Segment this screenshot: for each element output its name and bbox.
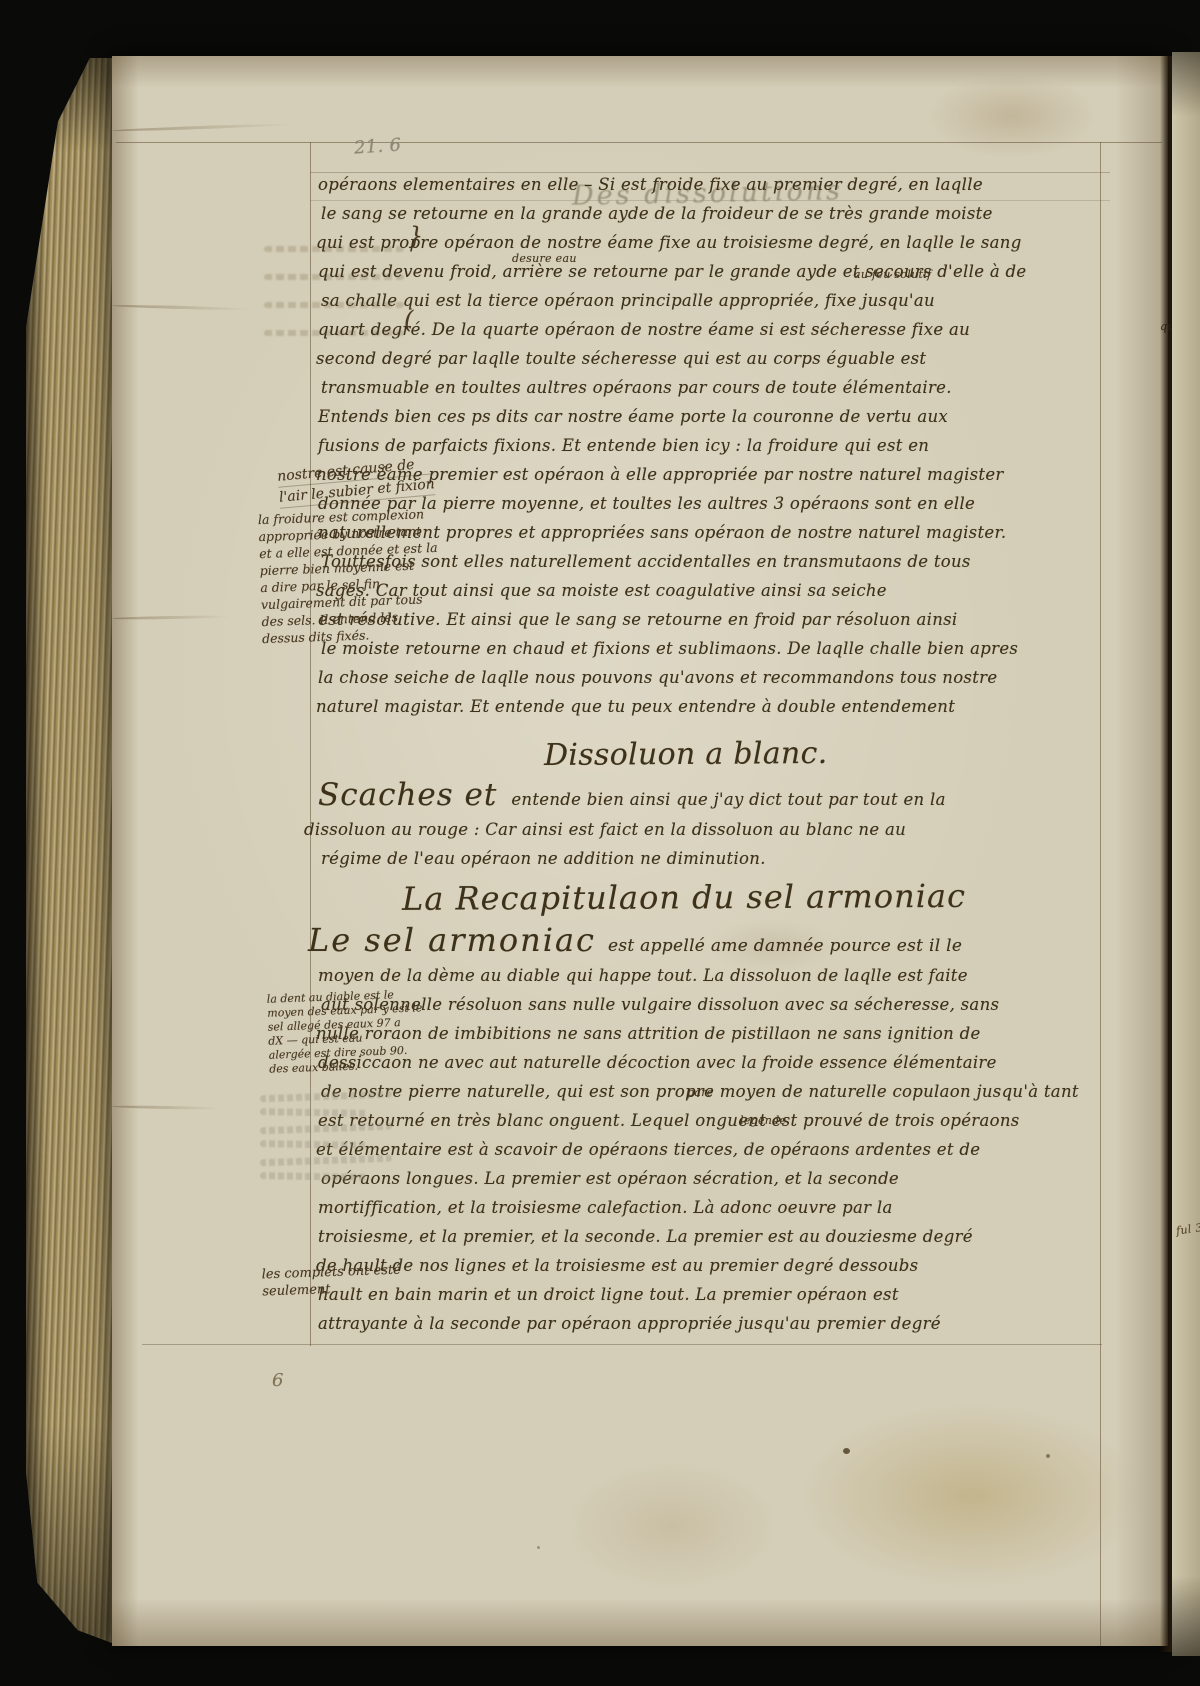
manuscript-line: fusions de parfaicts fixions. Et entende…: [318, 431, 1104, 460]
paragraph-rouge-blanc: dissoluon au rouge : Car ainsi est faict…: [318, 815, 1104, 873]
manuscript-line: second degré par laqlle toulte sécheress…: [316, 344, 1104, 373]
interlinear-note: desure eau: [512, 252, 577, 265]
interlinear-note: pare: [687, 1086, 714, 1099]
scaches-rest: entende bien ainsi que j'ay dict tout pa…: [511, 790, 945, 809]
scaches-line: Scaches etentende bien ainsi que j'ay di…: [318, 775, 1104, 815]
interlinear-note: au feu solutif: [854, 268, 931, 281]
paragraph-sel-armoniac: moyen de la dème au diable qui happe tou…: [318, 961, 1104, 1338]
pencil-scribble-line: [260, 1155, 392, 1167]
manuscript-line: qui est propre opéraon de nostre éame fi…: [316, 228, 1104, 257]
scaches-lead-words: Scaches et: [318, 777, 497, 813]
manuscript-line: moyen de la dème au diable qui happe tou…: [318, 961, 1104, 990]
interlinear-note: legende: [740, 1114, 786, 1127]
pencil-scribble-line: [260, 1140, 368, 1149]
pencil-scribbles: [260, 1084, 410, 1189]
manuscript-line: nulle roraon de imbibitions ne sans attr…: [316, 1019, 1104, 1048]
manuscript-line: dissoluon au rouge : Car ainsi est faict…: [304, 815, 1104, 844]
manuscript-line: sa challe qui est la tierce opéraon prin…: [321, 286, 1104, 315]
margin-note-dent-au-diable: la dent au diable est lemoyen des eaux p…: [267, 987, 425, 1076]
manuscript-line: dessiccaon ne avec aut naturelle décocti…: [318, 1048, 1104, 1077]
manuscript-line: et élémentaire est à scavoir de opéraons…: [316, 1135, 1104, 1164]
pencil-scribble-line: [260, 1108, 368, 1117]
pencil-scribble-line: [260, 1123, 392, 1135]
page-wrinkle: [112, 615, 232, 620]
pencil-folio-number: 21. 6: [353, 134, 402, 158]
ink-speck: [843, 1448, 850, 1454]
manuscript-line: Touttesfois sont elles naturellement acc…: [321, 547, 1104, 576]
manuscript-line: est retourné en très blanc onguent. Lequ…: [318, 1106, 1104, 1135]
margin-note-froidure-complexion: la froidure est complexionappropriée by …: [258, 505, 441, 647]
manuscript-line: transmuable en toultes aultres opéraons …: [321, 373, 1104, 402]
margin-note-complets: les complets ont estéseulement.: [261, 1262, 401, 1301]
next-page-sliver: [1172, 52, 1200, 1656]
ink-speck: [1046, 1454, 1050, 1458]
manuscript-line: régime de l'eau opéraon ne addition ne d…: [321, 844, 1104, 873]
manuscript-line: attrayante à la seconde par opéraon appr…: [318, 1309, 1104, 1338]
le-sel-lead-words: Le sel armoniac: [308, 921, 596, 959]
manuscript-line: le sang se retourne en la grande ayde de…: [321, 199, 1104, 228]
manuscript-page: 21. 6 Des dissolutions } ( opéraons elem…: [112, 56, 1168, 1646]
manuscript-line: quart degré. De la quarte opéraon de nos…: [318, 315, 1104, 344]
le-sel-rest: est appellé ame damnée pource est il le: [608, 936, 962, 956]
heading-recapitulation-sel-armoniac: La Recapitulaon du sel armoniac: [402, 871, 1104, 921]
le-sel-armoniac-line: Le sel armoniacest appellé ame damnée po…: [308, 919, 1104, 961]
main-text-block: opéraons elementaires en elle – Si est f…: [318, 170, 1104, 1338]
page-wrinkle: [112, 304, 252, 311]
manuscript-line: opéraons longues. La premier est opéraon…: [321, 1164, 1104, 1193]
book-page-edge-stack: [26, 58, 120, 1646]
manuscript-line: hault en bain marin et un droict ligne t…: [318, 1280, 1104, 1309]
page-wrinkle: [112, 1105, 222, 1110]
manuscript-line: mortiffication, et la troisiesme calefac…: [318, 1193, 1104, 1222]
pencil-scribble-line: [260, 1172, 368, 1181]
manuscript-line: la chose seiche de laqlle nous pouvons q…: [318, 663, 1104, 692]
manuscript-line: troisiesme, et la premier, et la seconde…: [318, 1222, 1104, 1251]
page-wrinkle: [112, 123, 292, 132]
ruled-line-bottom: [142, 1344, 1102, 1345]
manuscript-line: opéraons elementaires en elle – Si est f…: [318, 170, 1104, 199]
ink-speck: [537, 1546, 540, 1549]
pencil-scribble-line: [260, 1091, 392, 1103]
margin-bottom-mark: 6: [272, 1370, 284, 1391]
manuscript-line: aut solennelle résoluon sans nulle vulga…: [321, 990, 1104, 1019]
heading-dissolution-a-blanc: Dissoluon a blanc.: [544, 729, 1104, 777]
manuscript-line: de hault de nos lignes et la troisiesme …: [316, 1251, 1104, 1280]
manuscript-line: naturel magistar. Et entende que tu peux…: [316, 692, 1104, 721]
ruled-line-top: [116, 142, 1162, 143]
manuscript-line: qui est devenu froid, arrière se retourn…: [318, 257, 1104, 286]
manuscript-line: Entends bien ces ps dits car nostre éame…: [318, 402, 1104, 431]
